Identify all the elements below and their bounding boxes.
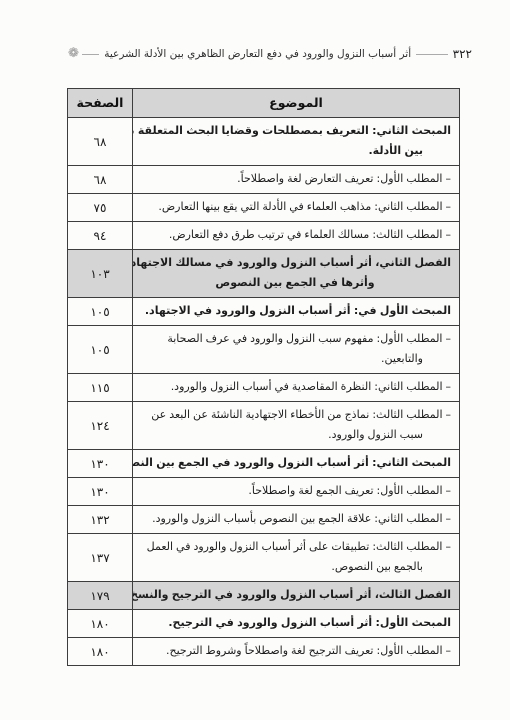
toc-row: – المطلب الثالث: مسالك العلماء في ترتيب … [68,222,460,250]
topic-line: – المطلب الثاني: علاقة الجمع بين النصوص … [139,509,451,529]
topic-line: المبحث الأول في: أثر أسباب النزول والورو… [139,301,451,321]
page-number-cell: ١٨٠ [68,638,133,666]
toc-row: – المطلب الأول: تعريف الترجيح لغة واصطلا… [68,638,460,666]
topic-line: بين الأدلة. [139,141,451,161]
toc-row: – المطلب الثاني: مذاهب العلماء في الأدلة… [68,194,460,222]
topic-cell: – المطلب الأول: تعريف الترجيح لغة واصطلا… [133,638,460,666]
toc-row: – المطلب الثاني: النظرة المقاصدية في أسب… [68,374,460,402]
topic-cell: المبحث الأول في: أثر أسباب النزول والورو… [133,298,460,326]
topic-line: – المطلب الأول: تعريف التعارض لغة واصطلا… [139,169,451,189]
page-number: ٣٢٢ [451,47,472,61]
toc-row: الفصل الثاني، أثر أسباب النزول والورود ف… [68,250,460,298]
page-number-cell: ١٣٢ [68,506,133,534]
topic-line: الفصل الثاني، أثر أسباب النزول والورود ف… [139,253,451,273]
topic-cell: – المطلب الأول: تعريف التعارض لغة واصطلا… [133,166,460,194]
topic-cell: – المطلب الأول: تعريف الجمع لغة واصطلاحا… [133,478,460,506]
topic-cell: – المطلب الثاني: علاقة الجمع بين النصوص … [133,506,460,534]
floral-ornament-icon: ❁ [68,47,79,60]
toc-row: – المطلب الأول: مفهوم سبب النزول والورود… [68,326,460,374]
toc-table: الموضوع الصفحة المبحث الثاني: التعريف بم… [67,88,460,666]
page-number-cell: ١١٥ [68,374,133,402]
topic-cell: الفصل الثاني، أثر أسباب النزول والورود ف… [133,250,460,298]
topic-cell: – المطلب الثالث: مسالك العلماء في ترتيب … [133,222,460,250]
toc-row: المبحث الثاني: التعريف بمصطلحات وقضايا ا… [68,118,460,166]
topic-cell: المبحث الثاني: التعريف بمصطلحات وقضايا ا… [133,118,460,166]
page-number-cell: ١٢٤ [68,402,133,450]
toc-row: المبحث الثاني: أثر أسباب النزول والورود … [68,450,460,478]
page-number-cell: ٦٨ [68,166,133,194]
topic-line: – المطلب الثاني: النظرة المقاصدية في أسب… [139,377,451,397]
toc-row: المبحث الأول في: أثر أسباب النزول والورو… [68,298,460,326]
page-number-cell: ١٧٩ [68,582,133,610]
topic-line: والتابعين. [139,349,451,369]
topic-line: – المطلب الأول: تعريف الجمع لغة واصطلاحا… [139,481,451,501]
toc-row: المبحث الأول: أثر أسباب النزول والورود ف… [68,610,460,638]
header-rule-right [416,54,448,55]
topic-line: وأثرها في الجمع بين النصوص [139,273,451,293]
topic-cell: – المطلب الثاني: النظرة المقاصدية في أسب… [133,374,460,402]
page-number-cell: ١٠٣ [68,250,133,298]
topic-cell: الفصل الثالث، أثر أسباب النزول والورود ف… [133,582,460,610]
page-number-cell: ١٨٠ [68,610,133,638]
topic-cell: – المطلب الثالث: نماذج من الأخطاء الاجته… [133,402,460,450]
page-number-cell: ١٠٥ [68,326,133,374]
page-number-cell: ١٣٧ [68,534,133,582]
book-title: أثر أسباب النزول والورود في دفع التعارض … [102,48,413,60]
toc-header-page: الصفحة [68,89,133,118]
page-number-cell: ١٣٠ [68,450,133,478]
toc-header-row: الموضوع الصفحة [68,89,460,118]
toc-row: الفصل الثالث، أثر أسباب النزول والورود ف… [68,582,460,610]
header-rule-left [82,54,99,55]
page-number-cell: ٩٤ [68,222,133,250]
topic-line: – المطلب الثالث: مسالك العلماء في ترتيب … [139,225,451,245]
topic-line: – المطلب الثالث: تطبيقات على أثر أسباب ا… [139,537,451,557]
toc-row: – المطلب الثالث: نماذج من الأخطاء الاجته… [68,402,460,450]
page-number-cell: ١٣٠ [68,478,133,506]
topic-line: – المطلب الأول: تعريف الترجيح لغة واصطلا… [139,641,451,661]
topic-cell: المبحث الأول: أثر أسباب النزول والورود ف… [133,610,460,638]
book-page: ❁ أثر أسباب النزول والورود في دفع التعار… [0,0,510,720]
topic-cell: المبحث الثاني: أثر أسباب النزول والورود … [133,450,460,478]
topic-line: – المطلب الأول: مفهوم سبب النزول والورود… [139,329,451,349]
topic-line: بالجمع بين النصوص. [139,557,451,577]
toc-row: – المطلب الثاني: علاقة الجمع بين النصوص … [68,506,460,534]
toc-row: – المطلب الثالث: تطبيقات على أثر أسباب ا… [68,534,460,582]
page-number-cell: ٦٨ [68,118,133,166]
toc-header-topic: الموضوع [133,89,460,118]
toc-row: – المطلب الأول: تعريف التعارض لغة واصطلا… [68,166,460,194]
topic-line: – المطلب الثالث: نماذج من الأخطاء الاجته… [139,405,451,425]
topic-cell: – المطلب الثاني: مذاهب العلماء في الأدلة… [133,194,460,222]
toc-table-body: المبحث الثاني: التعريف بمصطلحات وقضايا ا… [68,118,460,666]
page-number-cell: ١٠٥ [68,298,133,326]
topic-line: المبحث الثاني: التعريف بمصطلحات وقضايا ا… [139,121,451,141]
topic-line: المبحث الأول: أثر أسباب النزول والورود ف… [139,613,451,633]
topic-line: – المطلب الثاني: مذاهب العلماء في الأدلة… [139,197,451,217]
topic-cell: – المطلب الأول: مفهوم سبب النزول والورود… [133,326,460,374]
topic-line: سبب النزول والورود. [139,425,451,445]
running-header: ❁ أثر أسباب النزول والورود في دفع التعار… [68,44,472,64]
topic-line: الفصل الثالث، أثر أسباب النزول والورود ف… [139,585,451,605]
topic-cell: – المطلب الثالث: تطبيقات على أثر أسباب ا… [133,534,460,582]
toc-row: – المطلب الأول: تعريف الجمع لغة واصطلاحا… [68,478,460,506]
topic-line: المبحث الثاني: أثر أسباب النزول والورود … [139,453,451,473]
page-number-cell: ٧٥ [68,194,133,222]
